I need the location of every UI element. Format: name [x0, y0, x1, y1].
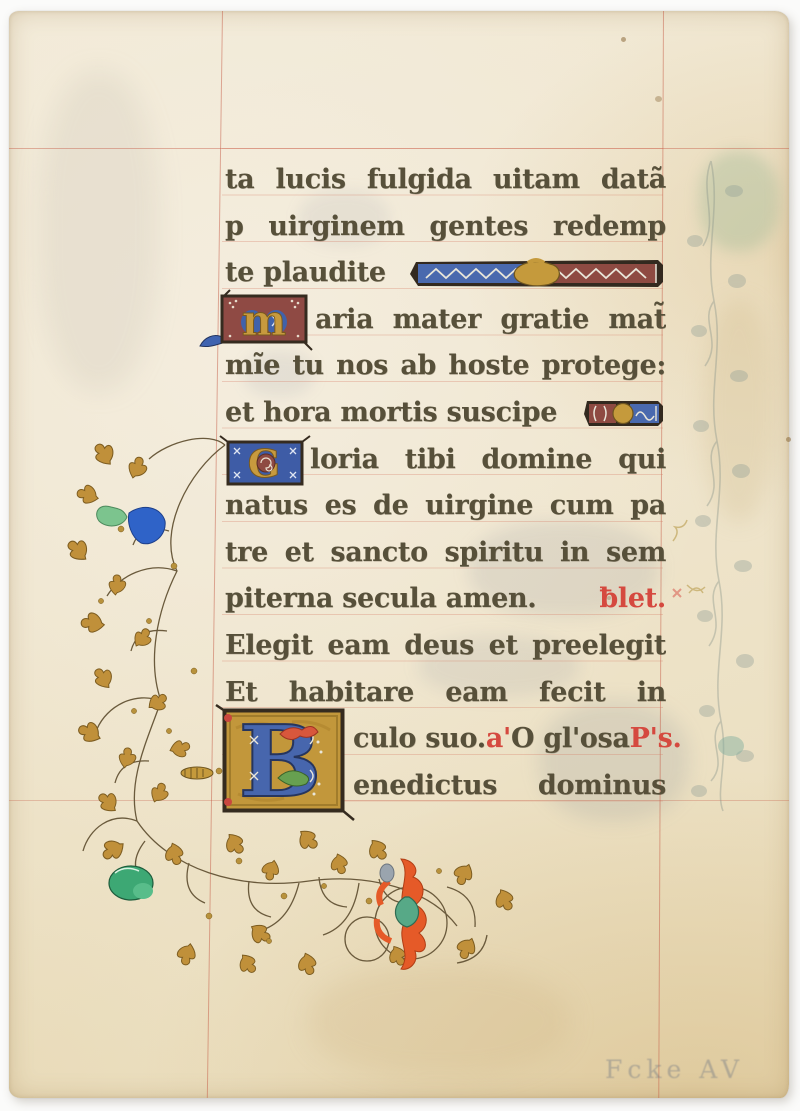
- parchment-leaf: m G B: [9, 11, 789, 1098]
- text-line: te plaudite: [225, 250, 666, 297]
- text-line: piterna secula amen. ƀlet.: [225, 576, 666, 623]
- text-line: tre et sancto spiritu in sem: [225, 530, 666, 577]
- speck: [621, 37, 626, 42]
- speck: [655, 96, 662, 102]
- green-leaf: [97, 506, 127, 526]
- text-line: culo suo. a' O gl'osa P's.: [225, 716, 666, 763]
- text-line: et hora mortis suscipe: [225, 390, 666, 437]
- pencil-inscription: Fcke AV: [605, 1055, 785, 1084]
- red-show-through-mark: [673, 589, 681, 597]
- manuscript-photo: m G B: [0, 0, 800, 1111]
- text-line: Elegit eam deus et preelegit eã.: [225, 623, 666, 670]
- gold-caterpillar: [181, 767, 213, 779]
- stain: [39, 71, 159, 391]
- line-filler-short: [582, 397, 666, 429]
- rubric-antiphon-mark: a': [486, 716, 511, 763]
- text-segment: te plaudite: [225, 250, 386, 297]
- text-line: loria tibi domine qui: [225, 437, 666, 484]
- text-line: p uirginem gentes redemp: [225, 204, 666, 251]
- green-snail: [109, 866, 153, 900]
- blue-leaf: [129, 507, 166, 543]
- text-line: Et habitare eam fecit in taberna: [225, 670, 666, 717]
- bleed-green-blob: [718, 736, 744, 756]
- gold-show-through-squiggle: [673, 520, 705, 593]
- line-filler-bar: [408, 257, 666, 289]
- antiphon-incipit: O gl'osa: [511, 716, 630, 763]
- text-segment: piterna secula amen.: [225, 576, 536, 623]
- text-block: ta lucis fulgida uitam datã p uirginem g…: [225, 157, 666, 809]
- rubric-versicle: ƀlet.: [599, 576, 666, 623]
- text-line: enedictus dominus: [225, 763, 666, 810]
- text-line: ta lucis fulgida uitam datã: [225, 157, 666, 204]
- rubric-psalm-mark: P's.: [630, 716, 682, 763]
- text-line: natus es de uirgine cum pa: [225, 483, 666, 530]
- text-segment: culo suo.: [353, 716, 486, 763]
- text-line: mĩe tu nos ab hoste protege:: [225, 343, 666, 390]
- text-segment: et hora mortis suscipe: [225, 390, 557, 437]
- bleed-leaves: [687, 185, 754, 797]
- text-line: aria mater gratie mat̃: [225, 297, 666, 344]
